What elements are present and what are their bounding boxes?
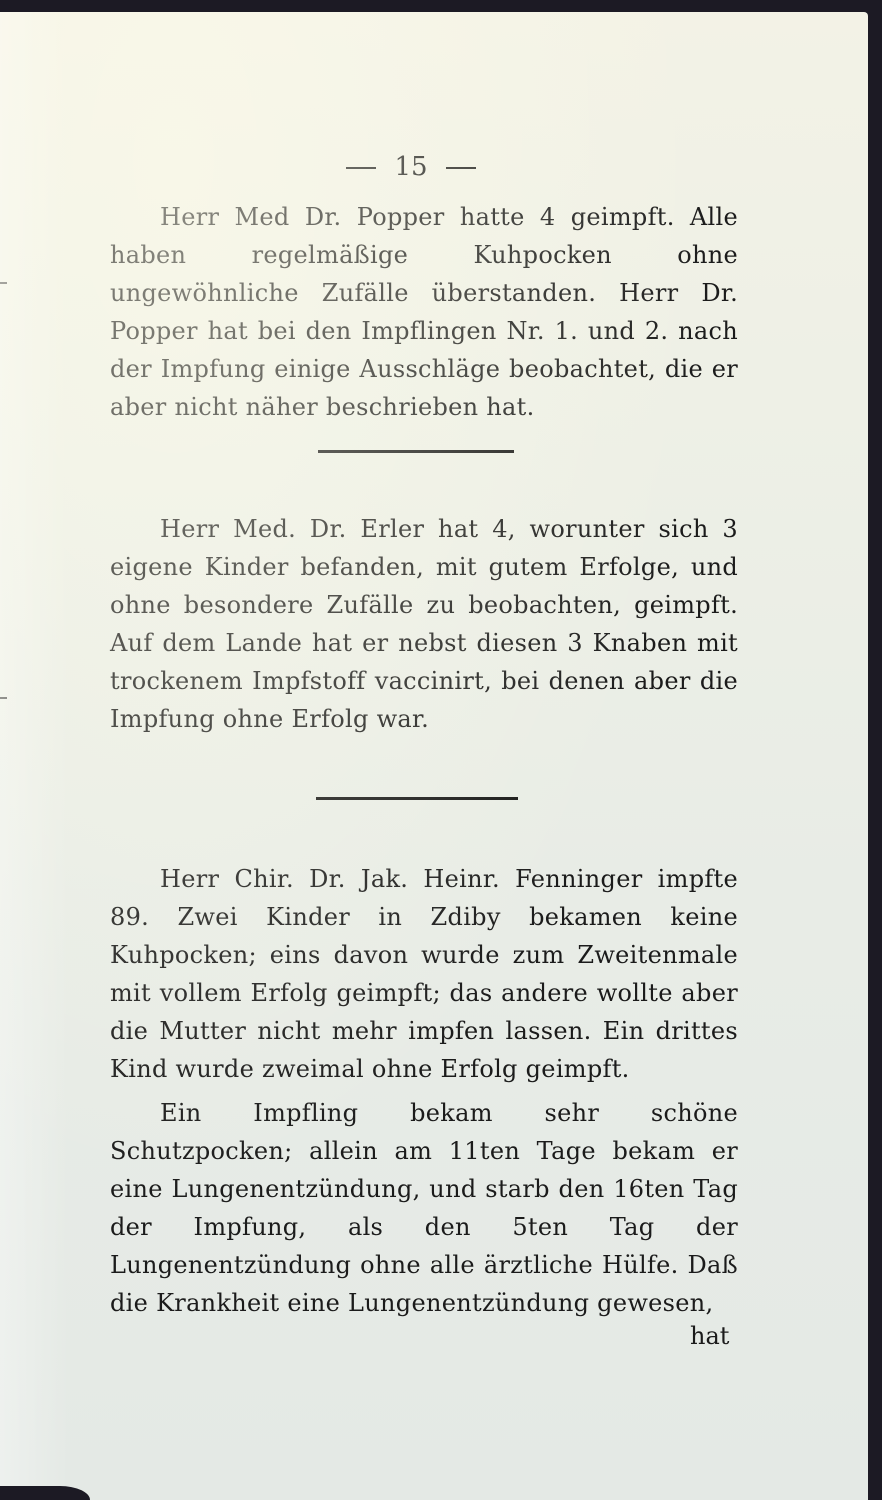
paragraph: Ein Impfling bekam sehr schöne Schutzpoc… [110, 1094, 738, 1322]
margin-mark [0, 282, 7, 284]
section-divider [316, 797, 518, 800]
margin-mark [0, 697, 7, 699]
section-erler: Herr Med. Dr. Erler hat 4, worunter sich… [110, 510, 738, 738]
paragraph: Herr Med Dr. Popper hatte 4 geimpft. All… [110, 198, 738, 426]
page-number: 15 [0, 152, 852, 182]
paragraph: Herr Chir. Dr. Jak. Heinr. Fenninger imp… [110, 860, 738, 1088]
scanned-book-page: 15 Herr Med Dr. Popper hatte 4 geimpft. … [0, 0, 882, 1500]
catchword: hat [690, 1322, 729, 1350]
folio-dash-right [446, 167, 476, 169]
scan-edge-shadow [0, 1486, 90, 1500]
section-divider [318, 450, 514, 453]
section-popper: Herr Med Dr. Popper hatte 4 geimpft. All… [110, 198, 738, 426]
paragraph: Herr Med. Dr. Erler hat 4, worunter sich… [110, 510, 738, 738]
section-fenninger: Herr Chir. Dr. Jak. Heinr. Fenninger imp… [110, 860, 738, 1322]
folio-dash-left [346, 167, 376, 169]
paper-sheet: 15 Herr Med Dr. Popper hatte 4 geimpft. … [0, 12, 868, 1500]
page-number-value: 15 [394, 152, 427, 182]
